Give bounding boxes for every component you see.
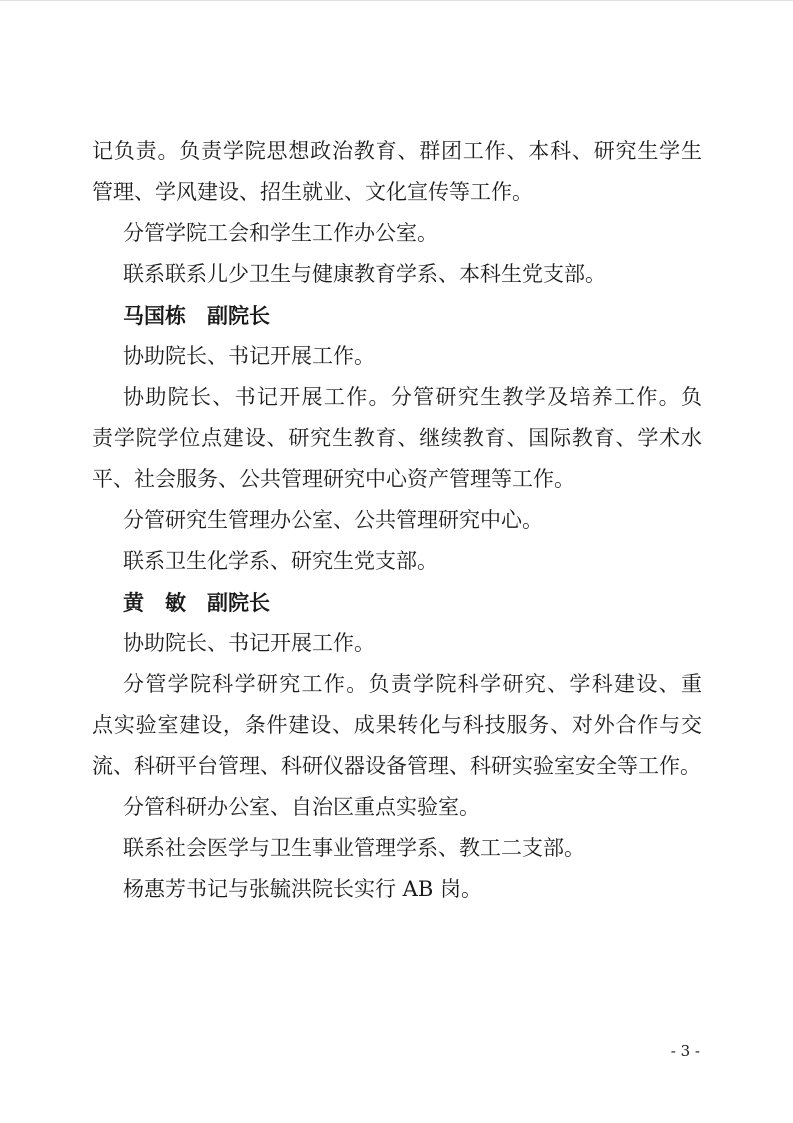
text-line: 点实验室建设，条件建设、成果转化与科技服务、对外合作与交 [92, 705, 702, 746]
text-line: 协助院长、书记开展工作。分管研究生教学及培养工作。负 [92, 377, 702, 418]
text-line: 记负责。负责学院思想政治教育、群团工作、本科、研究生学生 [92, 131, 702, 172]
page-number: - 3 - [92, 1041, 700, 1061]
text-line: 分管学院工会和学生工作办公室。 [92, 213, 702, 254]
text-line: 分管科研办公室、自治区重点实验室。 [92, 787, 702, 828]
text-line: 分管研究生管理办公室、公共管理研究中心。 [92, 500, 702, 541]
document-page: 记负责。负责学院思想政治教育、群团工作、本科、研究生学生管理、学风建设、招生就业… [0, 0, 793, 1123]
text-line: 协助院长、书记开展工作。 [92, 623, 702, 664]
text-line: 管理、学风建设、招生就业、文化宣传等工作。 [92, 172, 702, 213]
text-line: 流、科研平台管理、科研仪器设备管理、科研实验室安全等工作。 [92, 746, 702, 787]
text-line: 平、社会服务、公共管理研究中心资产管理等工作。 [92, 459, 702, 500]
text-line: 分管学院科学研究工作。负责学院科学研究、学科建设、重 [92, 664, 702, 705]
text-line: 责学院学位点建设、研究生教育、继续教育、国际教育、学术水 [92, 418, 702, 459]
section-heading: 马国栋 副院长 [92, 295, 702, 336]
document-body: 记负责。负责学院思想政治教育、群团工作、本科、研究生学生管理、学风建设、招生就业… [92, 131, 702, 910]
text-line: 杨惠芳书记与张毓洪院长实行 AB 岗。 [92, 869, 702, 910]
text-line: 联系联系儿少卫生与健康教育学系、本科生党支部。 [92, 254, 702, 295]
text-line: 协助院长、书记开展工作。 [92, 336, 702, 377]
text-line: 联系卫生化学系、研究生党支部。 [92, 541, 702, 582]
text-line: 联系社会医学与卫生事业管理学系、教工二支部。 [92, 828, 702, 869]
section-heading: 黄 敏 副院长 [92, 582, 702, 623]
